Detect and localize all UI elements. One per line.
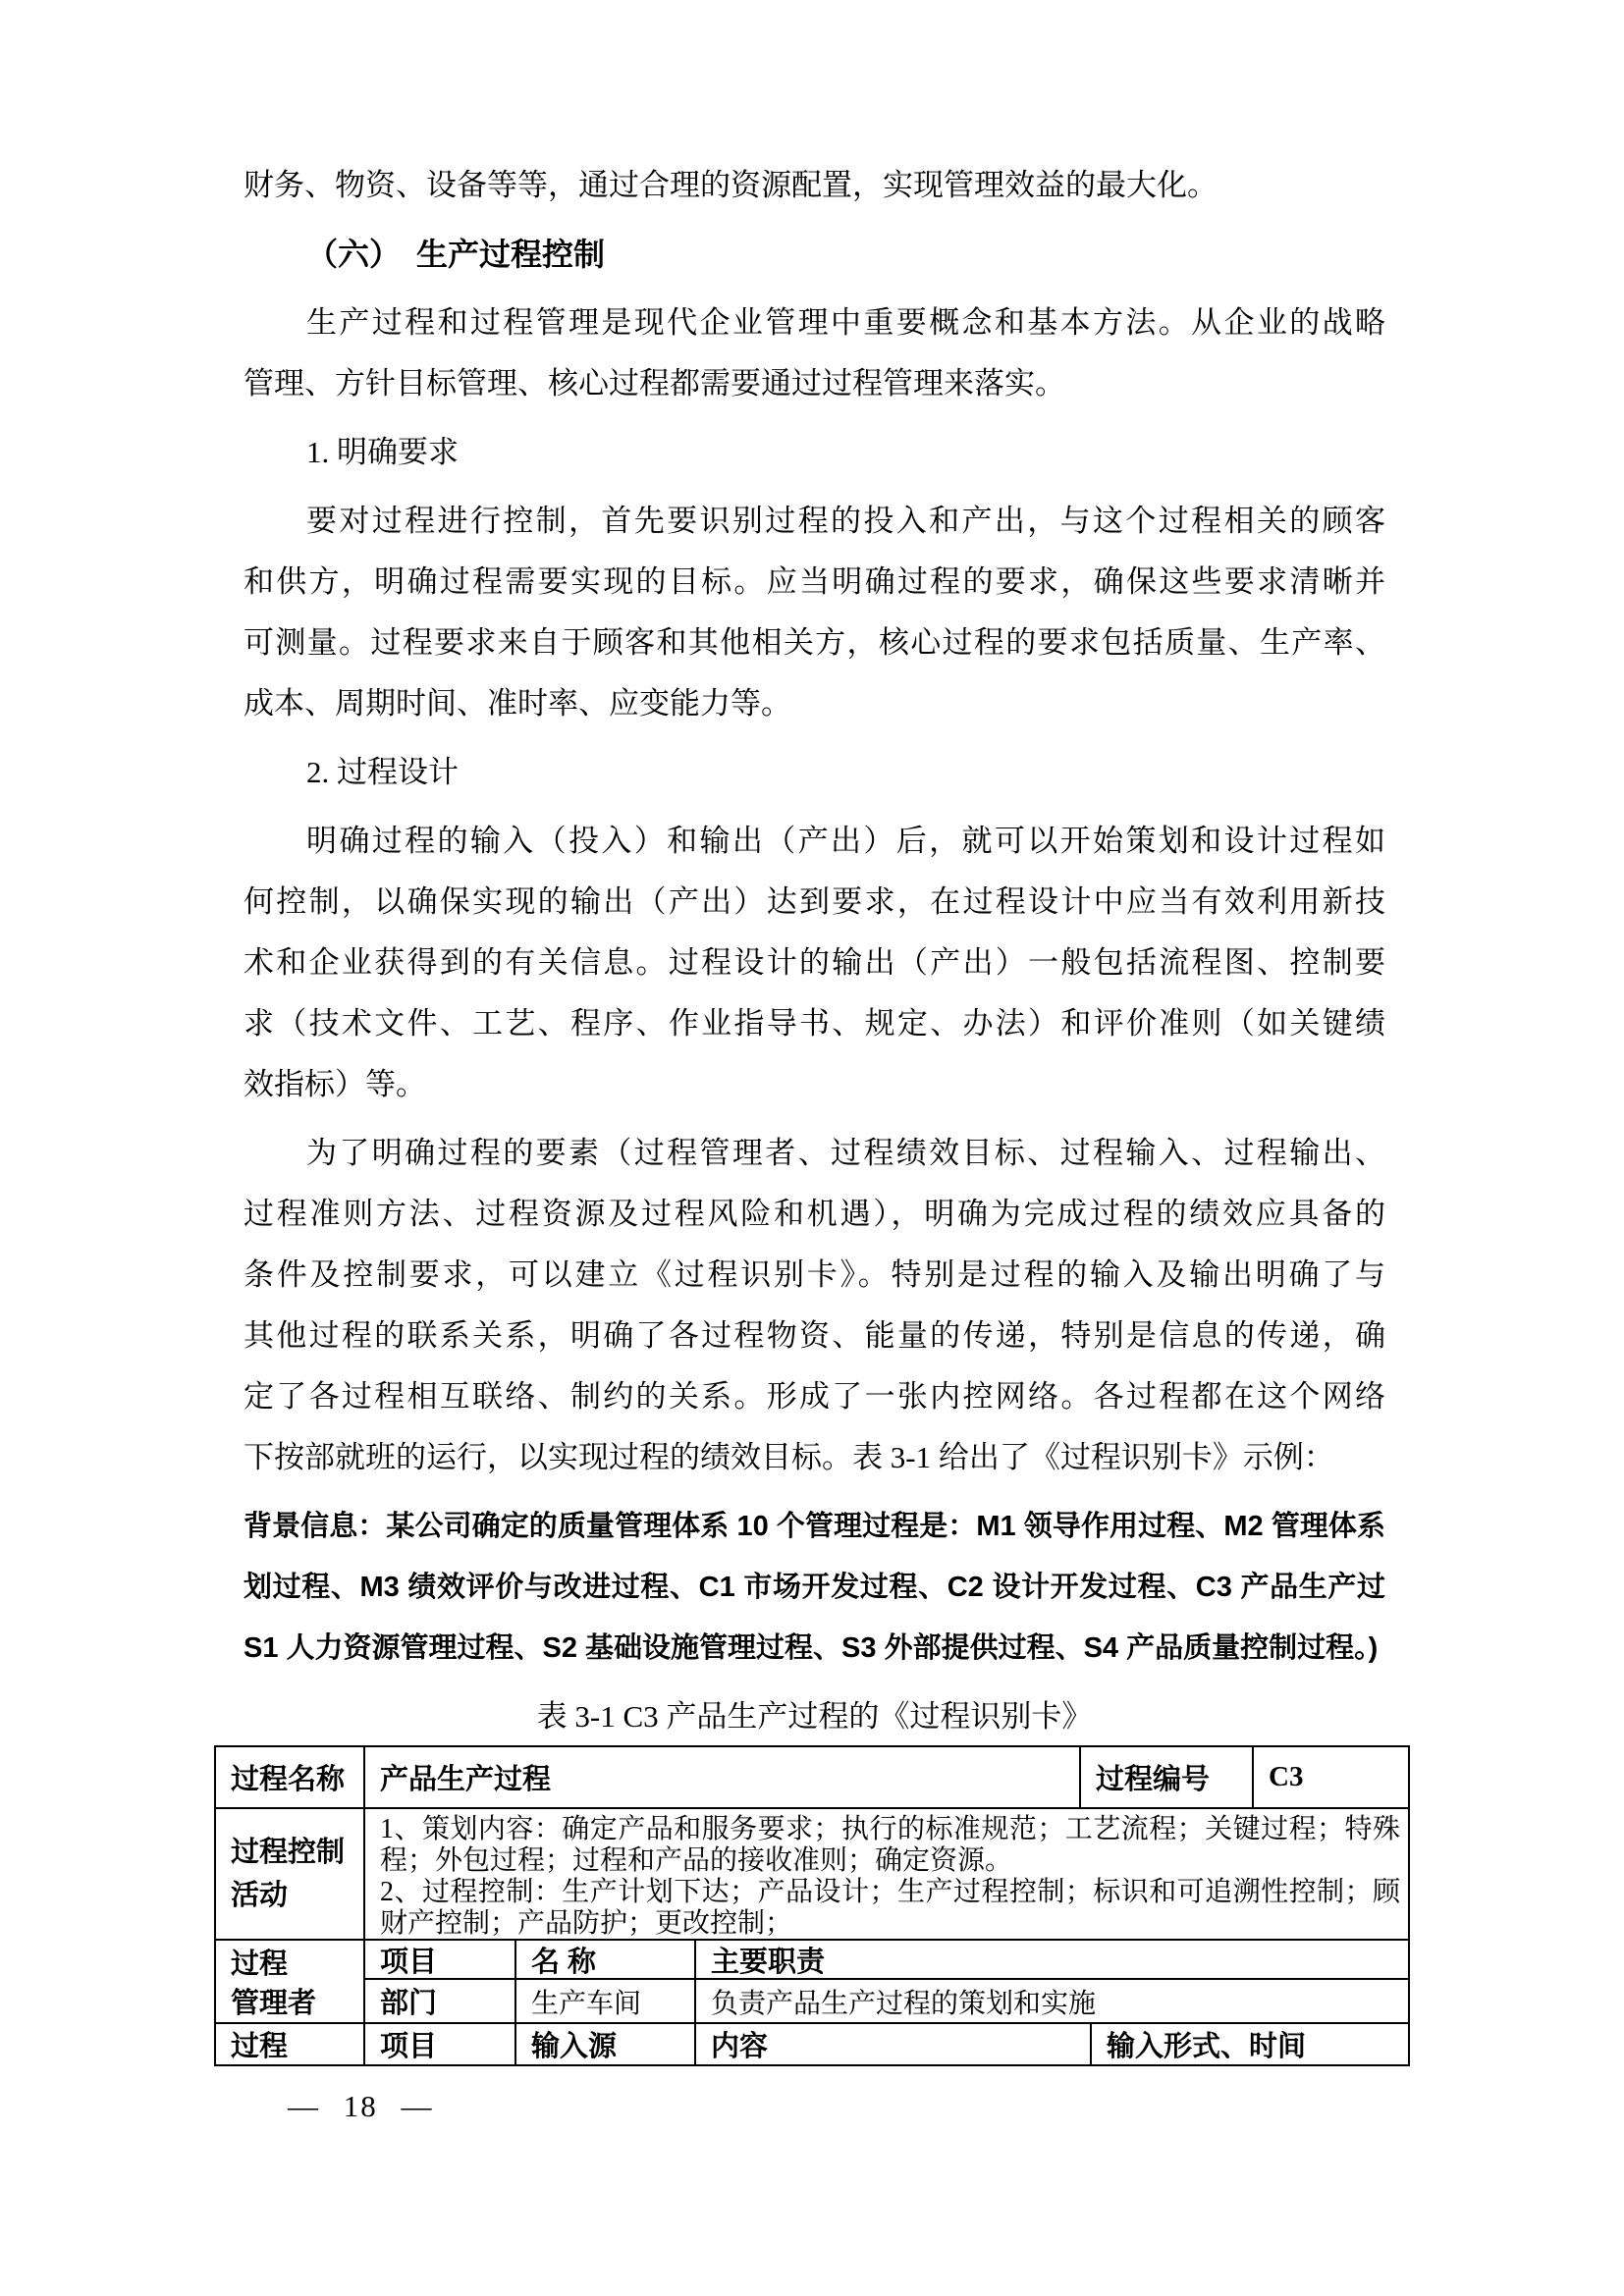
table-text-line: 财产控制；产品防护；更改控制； <box>380 1907 1400 1939</box>
text-line: 过程准则方法、过程资源及过程风险和机遇），明确为完成过程的绩效应具备的 <box>244 1184 1385 1245</box>
cell-input-source-label: 输入源 <box>514 2024 694 2064</box>
paragraph-requirements: 要对过程进行控制，首先要识别过程的投入和产出，与这个过程相关的顾客和供方，明确过… <box>244 491 1385 734</box>
paragraph-process-design: 明确过程的输入（投入）和输出（产出）后，就可以开始策划和设计过程如何控制，以确保… <box>244 811 1385 1115</box>
text-line: 下按部就班的运行，以实现过程的绩效目标。表 3-1 给出了《过程识别卡》示例： <box>244 1427 1385 1488</box>
cell-process-code-value: C3 <box>1252 1747 1408 1807</box>
cell-control-activities-content: 1、策划内容：确定产品和服务要求；执行的标准规范；工艺流程；关键过程；特殊过程；… <box>363 1809 1408 1939</box>
text-line: 求（技术文件、工艺、程序、作业指导书、规定、办法）和评价准则（如关键绩 <box>244 993 1385 1054</box>
cell-duty-value: 负责产品生产过程的策划和实施 <box>694 1980 1408 2022</box>
text-line: 术和企业获得到的有关信息。过程设计的输出（产出）一般包括流程图、控制要 <box>244 933 1385 993</box>
table-row-process-manager: 过程 管理者 项目 名 称 主要职责 部门 生产车间 负责产品生产过程的策划和实… <box>216 1939 1408 2022</box>
text-line: 财务、物资、设备等等，通过合理的资源配置，实现管理效益的最大化。 <box>244 155 1385 216</box>
cell-input-form-time-label: 输入形式、时间 <box>1090 2024 1408 2064</box>
table-text-line: 2、过程控制：生产计划下达；产品设计；生产过程控制；标识和可追溯性控制；顾客 <box>380 1876 1400 1907</box>
paragraph-resource-allocation: 财务、物资、设备等等，通过合理的资源配置，实现管理效益的最大化。 <box>244 155 1385 216</box>
text-line: 可测量。过程要求来自于顾客和其他相关方，核心过程的要求包括质量、生产率、 <box>244 613 1385 673</box>
subrow-manager-values: 部门 生产车间 负责产品生产过程的策划和实施 <box>363 1978 1408 2022</box>
text-line: 何控制，以确保实现的输出（产出）达到要求，在过程设计中应当有效利用新技 <box>244 872 1385 933</box>
cell-process-label: 过程 <box>216 2024 363 2064</box>
cell-name-header: 名 称 <box>514 1941 694 1978</box>
table-text-line: 1、策划内容：确定产品和服务要求；执行的标准规范；工艺流程；关键过程；特殊过 <box>380 1813 1400 1844</box>
process-manager-subtable: 项目 名 称 主要职责 部门 生产车间 负责产品生产过程的策划和实施 <box>363 1941 1408 2022</box>
section-heading-6: （六） 生产过程控制 <box>244 224 1385 285</box>
document-page: 财务、物资、设备等等，通过合理的资源配置，实现管理效益的最大化。（六） 生产过程… <box>0 0 1624 2296</box>
list-item-2-heading: 2. 过程设计 <box>244 742 1385 803</box>
process-card-table: 过程名称 产品生产过程 过程编号 C3 过程控制 活动 1、策划内容：确定产品和… <box>214 1745 1410 2066</box>
table-row-control-activities: 过程控制 活动 1、策划内容：确定产品和服务要求；执行的标准规范；工艺流程；关键… <box>216 1807 1408 1939</box>
text-line: 定了各过程相互联络、制约的关系。形成了一张内控网络。各过程都在这个网络 <box>244 1366 1385 1427</box>
cell-process-name-value: 产品生产过程 <box>363 1747 1079 1807</box>
paragraph-process-management-intro: 生产过程和过程管理是现代企业管理中重要概念和基本方法。从企业的战略管理、方针目标… <box>244 293 1385 414</box>
cell-process-manager-label: 过程 管理者 <box>216 1941 363 2022</box>
cell-process-code-label: 过程编号 <box>1079 1747 1252 1807</box>
subrow-manager-header: 项目 名 称 主要职责 <box>363 1941 1408 1978</box>
text-line: 1. 明确要求 <box>244 422 1385 483</box>
text-line: 要对过程进行控制，首先要识别过程的投入和产出，与这个过程相关的顾客 <box>244 491 1385 552</box>
table-text-line: 程；外包过程；过程和产品的接收准则；确定资源。 <box>380 1844 1400 1876</box>
cell-content-label: 内容 <box>694 2024 1090 2064</box>
paragraph-process-elements: 为了明确过程的要素（过程管理者、过程绩效目标、过程输入、过程输出、过程准则方法、… <box>244 1123 1385 1488</box>
table-caption: 表 3-1 C3 产品生产过程的《过程识别卡》 <box>244 1686 1385 1747</box>
cell-department-label: 部门 <box>363 1980 514 2022</box>
cell-item-header: 项目 <box>363 1941 514 1978</box>
text-line: 其他过程的联系关系，明确了各过程物资、能量的传递，特别是信息的传递，确 <box>244 1306 1385 1366</box>
table-row-process-input-header: 过程 项目 输入源 内容 输入形式、时间 <box>216 2022 1408 2064</box>
text-line: 生产过程和过程管理是现代企业管理中重要概念和基本方法。从企业的战略 <box>244 293 1385 353</box>
note-background-info: 背景信息：某公司确定的质量管理体系 10 个管理过程是：M1 领导作用过程、M2… <box>244 1496 1385 1679</box>
text-line: 背景信息：某公司确定的质量管理体系 10 个管理过程是：M1 领导作用过程、M2… <box>244 1496 1385 1557</box>
text-line: 划过程、M3 绩效评价与改进过程、C1 市场开发过程、C2 设计开发过程、C3 … <box>244 1557 1385 1618</box>
label-line: 活动 <box>231 1874 288 1917</box>
text-line: 效指标）等。 <box>244 1054 1385 1115</box>
text-line: 成本、周期时间、准时率、应变能力等。 <box>244 673 1385 734</box>
text-line: 和供方，明确过程需要实现的目标。应当明确过程的要求，确保这些要求清晰并 <box>244 552 1385 613</box>
text-line: 管理、方针目标管理、核心过程都需要通过过程管理来落实。 <box>244 353 1385 414</box>
label-line: 过程控制 <box>231 1831 345 1874</box>
body-text-block: 财务、物资、设备等等，通过合理的资源配置，实现管理效益的最大化。（六） 生产过程… <box>244 155 1385 1686</box>
cell-department-value: 生产车间 <box>514 1980 694 2022</box>
text-line: 2. 过程设计 <box>244 742 1385 803</box>
text-line: S1 人力资源管理过程、S2 基础设施管理过程、S3 外部提供过程、S4 产品质… <box>244 1618 1385 1679</box>
cell-duty-header: 主要职责 <box>694 1941 1408 1978</box>
cell-item-label: 项目 <box>363 2024 514 2064</box>
cell-control-activities-label: 过程控制 活动 <box>216 1809 363 1939</box>
label-line: 过程 <box>231 1945 288 1984</box>
text-line: 为了明确过程的要素（过程管理者、过程绩效目标、过程输入、过程输出、 <box>244 1123 1385 1184</box>
text-line: 明确过程的输入（投入）和输出（产出）后，就可以开始策划和设计过程如 <box>244 811 1385 872</box>
list-item-1-heading: 1. 明确要求 <box>244 422 1385 483</box>
page-number: — 18 — <box>288 2087 434 2126</box>
table-row-process-name: 过程名称 产品生产过程 过程编号 C3 <box>216 1747 1408 1807</box>
cell-process-name-label: 过程名称 <box>216 1747 363 1807</box>
text-line: 条件及控制要求，可以建立《过程识别卡》。特别是过程的输入及输出明确了与 <box>244 1245 1385 1306</box>
label-line: 管理者 <box>231 1984 316 2023</box>
text-line: （六） 生产过程控制 <box>244 224 1385 285</box>
